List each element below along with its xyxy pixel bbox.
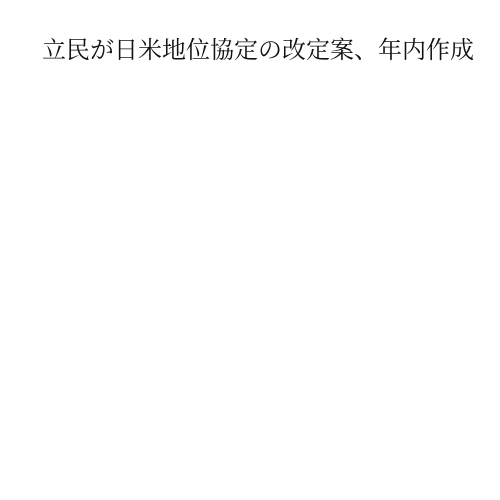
page: 立民が日米地位協定の改定案、年内作成 <box>0 0 500 500</box>
headline: 立民が日米地位協定の改定案、年内作成 <box>42 34 474 66</box>
